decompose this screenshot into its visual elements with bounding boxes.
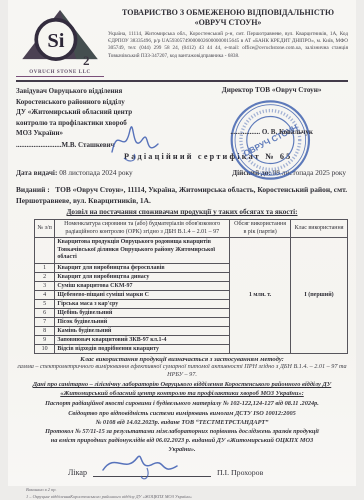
volume-cell: 1 млн. т. xyxy=(230,238,291,354)
group-title: Кварцитова продукція Овруцького родовища… xyxy=(55,238,230,264)
company-logo: Si 2 OVRUCH STONE LLC xyxy=(16,8,104,77)
svg-text:Si: Si xyxy=(47,30,64,52)
lab-protocol-line1: Протокол № 57/11-15 за результатами міжл… xyxy=(16,427,348,436)
doctor-signature-row: Лікар П.І. Прохоров xyxy=(68,466,348,477)
doctor-signature-icon xyxy=(81,448,221,482)
products-table: № з/п Номенклатура сировини та (або) буд… xyxy=(34,219,348,354)
method-title: Клас використання продукції визначається… xyxy=(16,356,348,363)
left-signature-line: ..........................М.В. Сташкевич xyxy=(16,140,195,151)
lab-iso-line2: № 0108 від 14.02.2023р. видане ТОВ “ТЕСТ… xyxy=(16,418,348,427)
director-title: Директор ТОВ «Овруч Стоун» xyxy=(195,86,348,94)
table-group-row: Кварцитова продукція Овруцького родовища… xyxy=(35,238,348,264)
lab-heading: Дані про санітарно – гігієнічну лаборато… xyxy=(16,381,348,399)
doctor-name: П.І. Прохоров xyxy=(217,468,263,477)
certificate-document: Si 2 OVRUCH STONE LLC ТОВАРИСТВО З ОБМЕЖ… xyxy=(8,0,356,486)
header-text-block: ТОВАРИСТВО З ОБМЕЖЕНОЮ ВІДПОВІДАЛЬНІСТЮ … xyxy=(104,8,348,60)
doctor-signature-line xyxy=(93,466,211,477)
lab-protocol-line2: на вміст природних радіонуклідів від 06.… xyxy=(16,436,348,445)
col-header-num: № з/п xyxy=(35,220,55,238)
method-description: гамма – спектрометричного вимірювання еф… xyxy=(16,363,348,380)
document-header: Si 2 OVRUCH STONE LLC ТОВАРИСТВО З ОБМЕЖ… xyxy=(16,8,348,82)
round-stamp-icon: ОВРУЧ СТОУН УКРАЇНА xyxy=(228,98,312,182)
logo-caption: OVRUCH STONE LLC xyxy=(16,70,104,77)
approver-right: Директор ТОВ «Овруч Стоун» ОВРУЧ СТОУН У… xyxy=(195,86,348,150)
company-address: Україна, 11114, Житомирська обл., Корост… xyxy=(108,31,348,60)
col-header-class: Клас використання xyxy=(291,220,348,238)
signatories-block: Завідувач Овруцького відділення Коростен… xyxy=(16,86,348,150)
table-header-row: № з/п Номенклатура сировини та (або) буд… xyxy=(35,220,348,238)
lab-passport: Паспорт радіаційної якості сировини і бу… xyxy=(16,399,348,408)
issued-to: Виданий : ТОВ «Овруч Стоун», 11114, Укра… xyxy=(16,184,348,206)
issue-date: Дата видачі: 08 листопада 2024 року xyxy=(16,168,133,177)
approver-left: Завідувач Овруцького відділення Коростен… xyxy=(16,86,195,150)
permit-line: Дозвіл на постачання споживачам продукці… xyxy=(16,208,348,216)
sio2-logo-icon: Si 2 xyxy=(19,8,101,66)
director-signature-line: ................. О. В. Ковальчук xyxy=(195,128,348,136)
company-name: ТОВАРИСТВО З ОБМЕЖЕНОЮ ВІДПОВІДАЛЬНІСТЮ … xyxy=(108,8,348,29)
col-header-nomenclature: Номенклатура сировини та (або) будматері… xyxy=(55,220,230,238)
copies-footnote: Виконано в 2 пр. 1 – Овруцьке відділення… xyxy=(26,487,348,500)
class-cell: І (перший) xyxy=(291,238,348,354)
svg-text:2: 2 xyxy=(83,53,90,66)
col-header-volume: Обсяг використання в рік (партія) xyxy=(230,220,291,238)
svg-text:УКРАЇНА: УКРАЇНА xyxy=(259,170,281,177)
lab-iso-line1: Свідоцтво про відповідність системи вимі… xyxy=(16,409,348,418)
